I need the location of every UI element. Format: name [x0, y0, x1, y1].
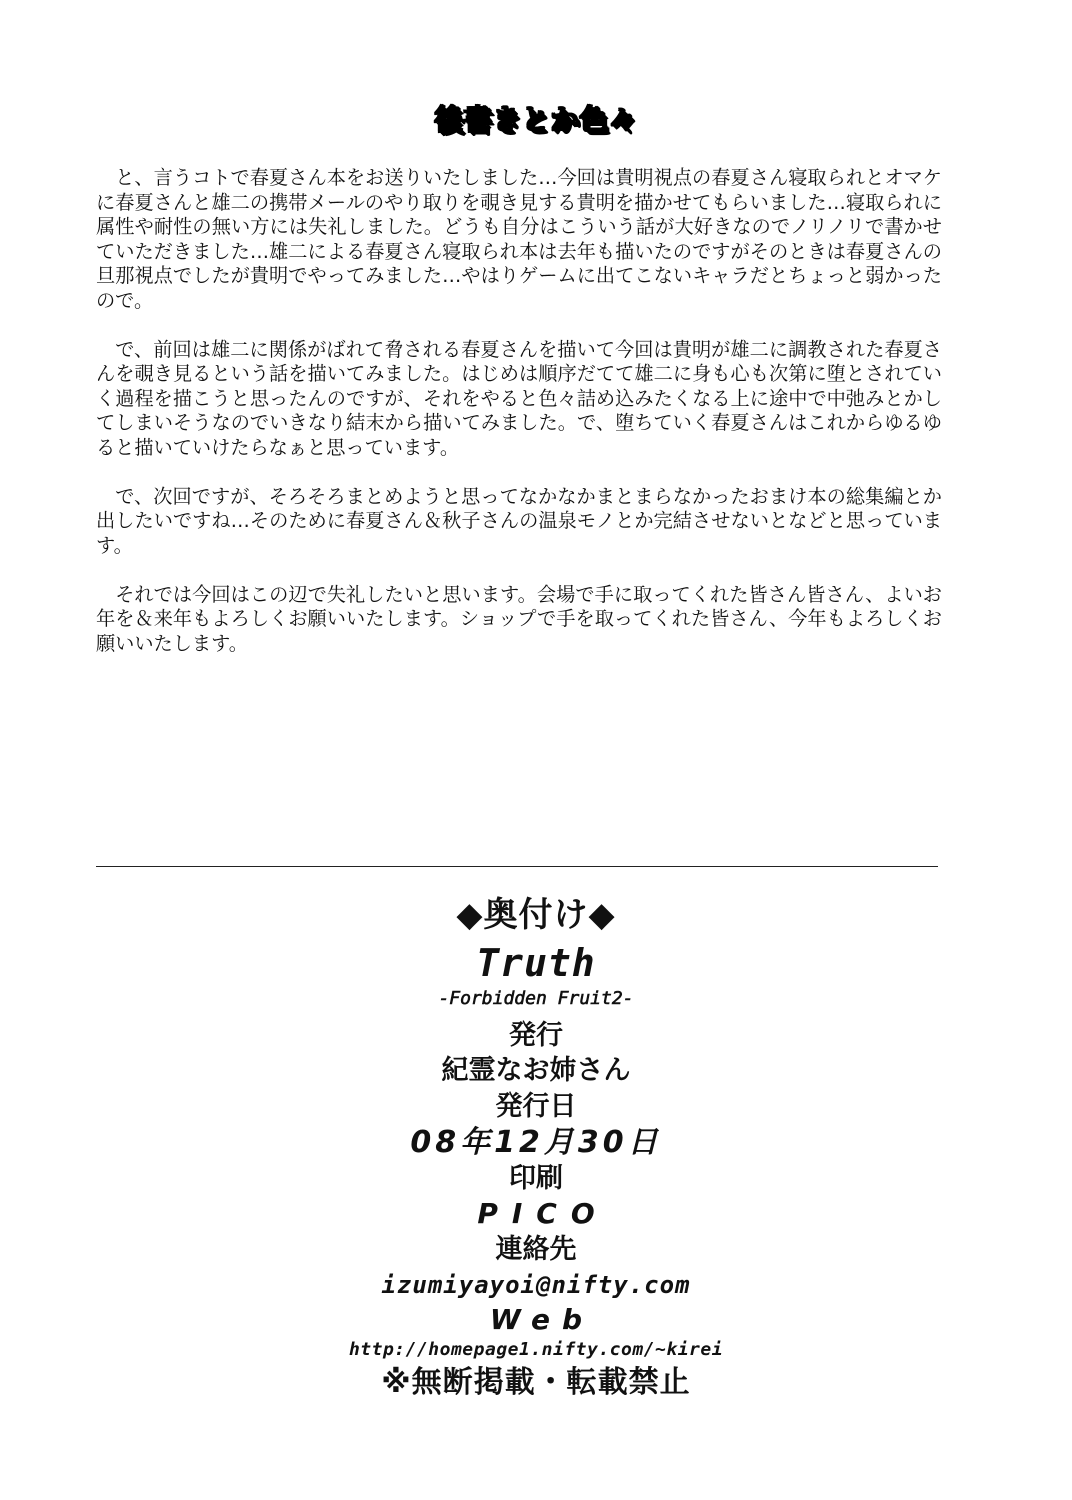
afterword-paragraph-4: それでは今回はこの辺で失礼したいと思います。会場で手に取ってくれた皆さん皆さん、…	[96, 583, 942, 657]
section-divider	[96, 866, 938, 867]
web-label: Web	[0, 1303, 1072, 1337]
printer-name: PICO	[0, 1196, 1072, 1232]
afterword-title: 後書きとか色々	[0, 98, 1072, 138]
book-subtitle: -Forbidden Fruit2-	[0, 986, 1072, 1012]
publish-date-label: 発行日	[0, 1089, 1072, 1124]
afterword-paragraph-2: で、前回は雄二に関係がばれて脅される春夏さんを描いて今回は貴明が雄二に調教された…	[96, 338, 942, 461]
afterword-body: と、言うコトで春夏さん本をお送りいたしました…今回は貴明視点の春夏さん寝取られと…	[96, 166, 942, 681]
reprint-notice: ※無断掲載・転載禁止	[0, 1363, 1072, 1403]
publisher-name: 紀霊なお姉さん	[0, 1053, 1072, 1089]
printer-label: 印刷	[0, 1161, 1072, 1196]
colophon: ◆奥付け◆ Truth -Forbidden Fruit2- 発行 紀霊なお姉さ…	[0, 890, 1072, 1403]
publisher-label: 発行	[0, 1018, 1072, 1053]
contact-email: izumiyayoi@nifty.com	[0, 1267, 1072, 1303]
contact-label: 連絡先	[0, 1232, 1072, 1267]
web-url: http://homepage1.nifty.com/~kirei	[0, 1337, 1072, 1363]
afterword-paragraph-3: で、次回ですが、そろそろまとめようと思ってなかなかまとまらなかったおまけ本の総集…	[96, 485, 942, 559]
publish-date: 08年12月30日	[0, 1124, 1072, 1161]
afterword-paragraph-1: と、言うコトで春夏さん本をお送りいたしました…今回は貴明視点の春夏さん寝取られと…	[96, 166, 942, 313]
colophon-heading: ◆奥付け◆	[0, 890, 1072, 940]
book-title: Truth	[0, 940, 1072, 986]
